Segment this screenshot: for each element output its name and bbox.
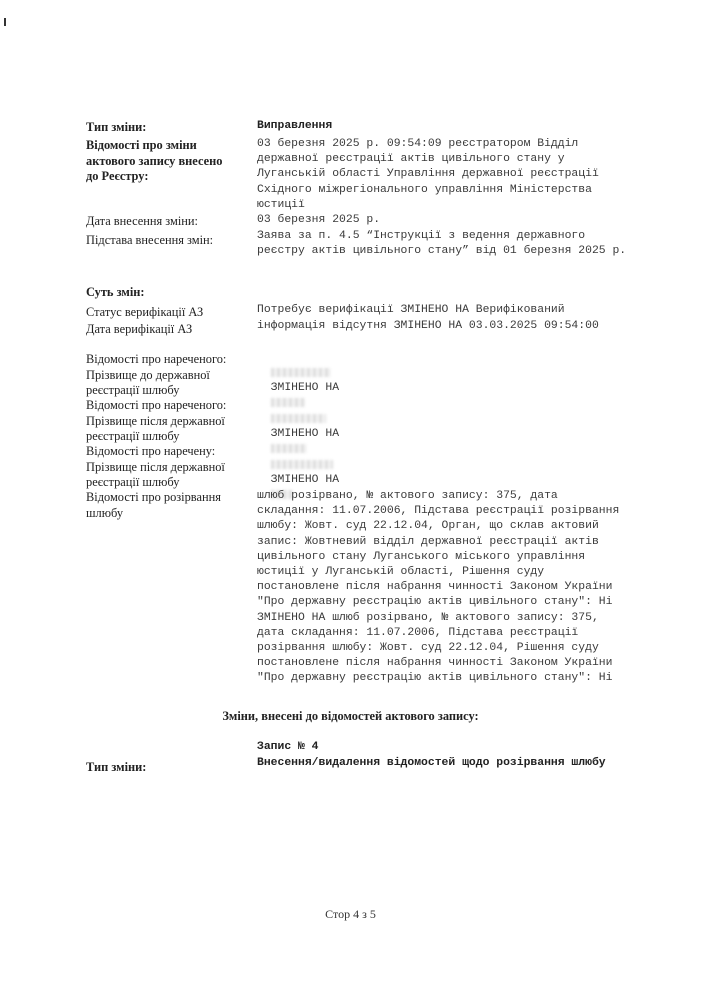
- change-label: Відомості про нареченого: Прізвище до де…: [86, 352, 236, 399]
- scan-corner-mark: [4, 18, 6, 26]
- change-label: Відомості про наречену: Прізвище після д…: [86, 444, 236, 491]
- change-label: Відомості про нареченого: Прізвище після…: [86, 398, 236, 445]
- record-number: Запис № 4: [257, 740, 637, 755]
- change-date-label: Дата внесення зміни:: [86, 214, 246, 230]
- registry-info-value: 03 березня 2025 р. 09:54:09 реєстратором…: [257, 137, 637, 213]
- record-change-type-value: Внесення/видалення відомостей щодо розір…: [257, 756, 637, 771]
- change-value: Потребує верифікації ЗМІНЕНО НА Верифіко…: [257, 303, 637, 318]
- basis-label: Підстава внесення змін:: [86, 233, 246, 249]
- changes-made-title: Зміни, внесені до відомостей актового за…: [0, 709, 701, 724]
- redacted-name: [271, 368, 331, 377]
- basis-value: Заява за п. 4.5 “Інструкції з ведення де…: [257, 229, 637, 259]
- page-footer: Стор 4 з 5: [0, 907, 701, 922]
- changed-to-text: ЗМІНЕНО НА: [271, 382, 339, 394]
- changed-to-text: ЗМІНЕНО НА: [271, 474, 339, 486]
- redacted-name: [271, 414, 326, 423]
- registry-info-label: Відомості про зміни актового запису внес…: [86, 138, 236, 185]
- change-label: Статус верифікації АЗ: [86, 305, 246, 321]
- essence-title: Суть змін:: [86, 285, 145, 300]
- change-value: шлюб розірвано, № актового запису: 375, …: [257, 489, 629, 687]
- redacted-name: [271, 460, 333, 469]
- changed-to-text: ЗМІНЕНО НА: [271, 428, 339, 440]
- record-change-type-label: Тип зміни:: [86, 760, 246, 776]
- change-label: Дата верифікації АЗ: [86, 322, 246, 338]
- change-type-value: Виправлення: [257, 119, 637, 134]
- change-date-value: 03 березня 2025 р.: [257, 213, 637, 228]
- change-type-label: Тип зміни:: [86, 120, 246, 136]
- change-value: інформація відсутня ЗМІНЕНО НА 03.03.202…: [257, 319, 637, 334]
- change-label: Відомості про розірвання шлюбу: [86, 490, 236, 521]
